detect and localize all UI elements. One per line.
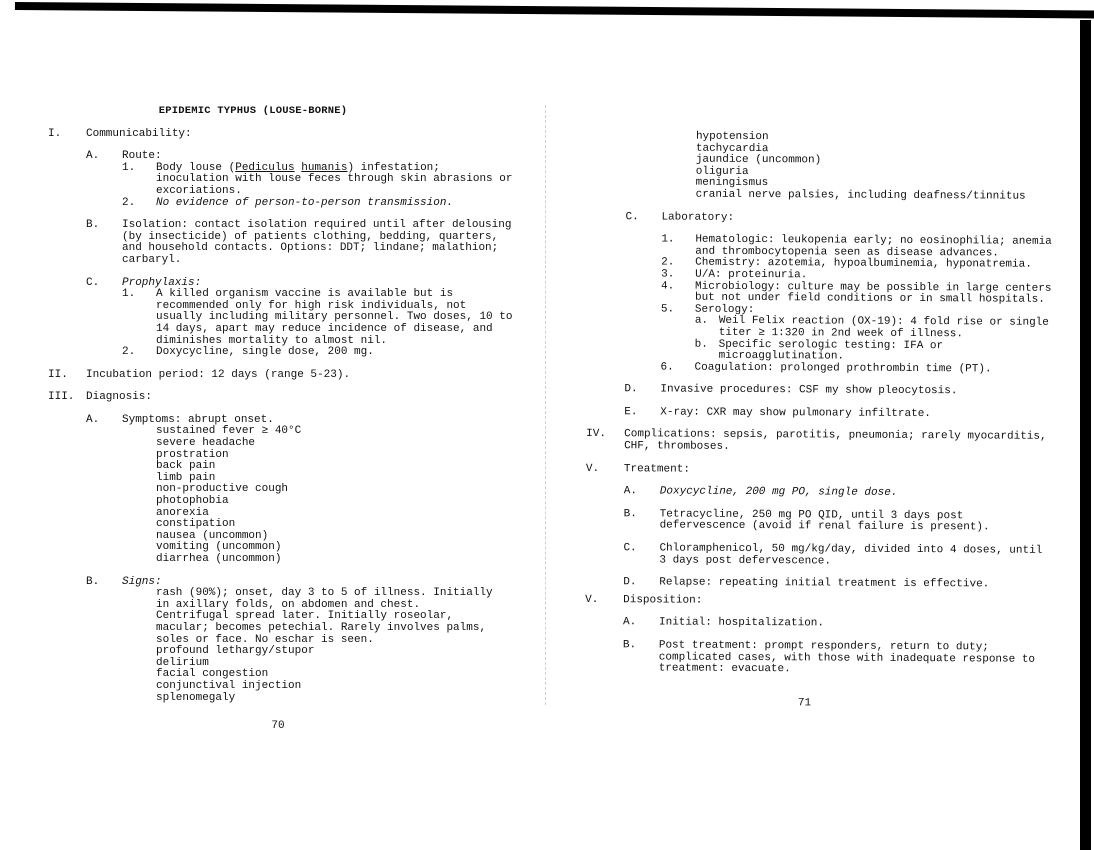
list-item: severe headache [156,438,518,450]
item-text: Coagulation: prolonged prothrombin time … [695,362,1057,376]
item-text: Weil Felix reaction (OX-19): 4 fold rise… [719,316,1057,341]
lab-item-4: 4. Microbiology: culture may be possible… [587,281,1057,307]
letter-label: D. [623,577,659,589]
letter-label: C. [625,212,661,224]
item-text: A killed organism vaccine is available b… [156,289,518,347]
disposition-b: B. Post treatment: prompt responders, re… [585,640,1055,678]
letter-label: A. [624,486,660,498]
letter-label: B. [86,577,122,589]
letter-label: B. [623,640,659,675]
section-diagnosis: III. Diagnosis: [48,392,518,404]
list-item: conjunctival injection [156,681,496,693]
letter-label: E. [624,407,660,419]
page-number: 71 [584,697,1024,711]
page-number: 70 [48,721,508,733]
letter-label: B. [624,509,660,532]
roman-numeral: V. [585,595,623,607]
paragraph-text: Tetracycline, 250 mg PO QID, until 3 day… [660,509,1056,535]
paragraph-text: X-ray: CXR may show pulmonary infiltrate… [660,407,1056,421]
item-number: 2. [122,347,156,359]
subsection-heading: Laboratory: [661,212,1057,226]
section-text: Complications: sepsis, parotitis, pneumo… [624,430,1056,456]
right-page: hypotension tachycardia jaundice (uncomm… [584,131,1058,711]
section-complications: IV. Complications: sepsis, parotitis, pn… [586,429,1056,455]
letter-label: A. [86,151,122,163]
item-text: No evidence of person-to-person transmis… [156,198,518,210]
list-item: photophobia [156,496,518,508]
treatment-c: C. Chloramphenicol, 50 mg/kg/day, divide… [585,543,1055,569]
rash-description: rash (90%); onset, day 3 to 5 of illness… [156,588,496,646]
item-number: 2. [122,198,156,210]
paragraph-text: Isolation: contact isolation required un… [122,220,518,266]
letter-label: A. [623,618,659,630]
list-item: cranial nerve palsies, including deafnes… [696,190,1058,204]
item-number: 1. [661,235,695,258]
serology-b: b. Specific serologic testing: IFA or mi… [587,338,1057,364]
route-item-1: 1. Body louse (Pediculus humanis) infest… [48,163,518,198]
roman-numeral: II. [48,370,86,382]
paragraph-text: Chloramphenicol, 50 mg/kg/day, divided i… [659,543,1055,569]
letter-label: C. [86,278,122,290]
list-item: diarrhea (uncommon) [156,554,518,566]
paragraph-text: Invasive procedures: CSF my show pleocyt… [660,385,1056,399]
letter-label: D. [624,385,660,397]
sub-label: a. [695,316,719,339]
roman-numeral: I. [48,129,86,141]
item-number: 4. [661,281,695,304]
document-title: EPIDEMIC TYPHUS (LOUSE-BORNE) [48,106,518,118]
paragraph-text: Initial: hospitalization. [659,618,1055,632]
prophylaxis-item-1: 1. A killed organism vaccine is availabl… [48,289,518,347]
paragraph-text: Doxycycline, 200 mg PO, single dose. [660,487,1056,501]
lab-item-1: 1. Hematologic: leukopenia early; no eos… [587,234,1057,260]
sub-label: b. [695,339,719,362]
signs-continued-list: hypotension tachycardia jaundice (uncomm… [696,132,1058,204]
item-text: Microbiology: culture may be possible in… [695,281,1057,306]
item-text: Specific serologic testing: IFA or micro… [719,339,1057,364]
route-item-2: 2. No evidence of person-to-person trans… [48,198,518,210]
section-incubation: II. Incubation period: 12 days (range 5-… [48,370,518,382]
item-number: 3. [661,269,695,281]
page-gutter [545,105,547,705]
item-number: 6. [661,362,695,374]
letter-label: C. [623,543,659,566]
list-item: splenomegaly [156,693,496,705]
scan-top-border [15,2,1094,18]
letter-label: B. [86,220,122,266]
serology-a: a. Weil Felix reaction (OX-19): 4 fold r… [587,315,1057,341]
paragraph-text: Post treatment: prompt responders, retur… [659,640,1055,677]
item-number: 1. [122,289,156,347]
list-item: profound lethargy/stupor [156,646,496,658]
roman-numeral: III. [48,392,86,404]
roman-numeral: IV. [586,429,624,452]
section-heading: Communicability: [86,129,518,141]
paragraph-text: Relapse: repeating initial treatment is … [659,578,1055,592]
roman-numeral: V. [586,464,624,476]
left-page: EPIDEMIC TYPHUS (LOUSE-BORNE) I. Communi… [48,106,518,733]
section-communicability: I. Communicability: [48,129,518,141]
scan-right-border [1080,20,1091,850]
text-fragment: Body louse ( [156,162,235,174]
isolation: B. Isolation: contact isolation required… [48,220,518,266]
section-text: Incubation period: 12 days (range 5-23). [86,370,518,382]
item-number: 5. [661,304,695,316]
section-heading: Diagnosis: [86,392,518,404]
signs-list: rash (90%); onset, day 3 to 5 of illness… [156,588,496,704]
symptoms-list: sustained fever ≥ 40°C severe headache p… [156,426,518,565]
treatment-b: B. Tetracycline, 250 mg PO QID, until 3 … [586,509,1056,535]
letter-label: A. [86,415,122,427]
item-text: Doxycycline, single dose, 200 mg. [156,347,518,359]
item-text: Body louse (Pediculus humanis) infestati… [156,163,518,198]
species-name: humanis [301,162,347,174]
genus-name: Pediculus [235,162,294,174]
prophylaxis-item-2: 2. Doxycycline, single dose, 200 mg. [48,347,518,359]
item-number: 1. [122,163,156,198]
